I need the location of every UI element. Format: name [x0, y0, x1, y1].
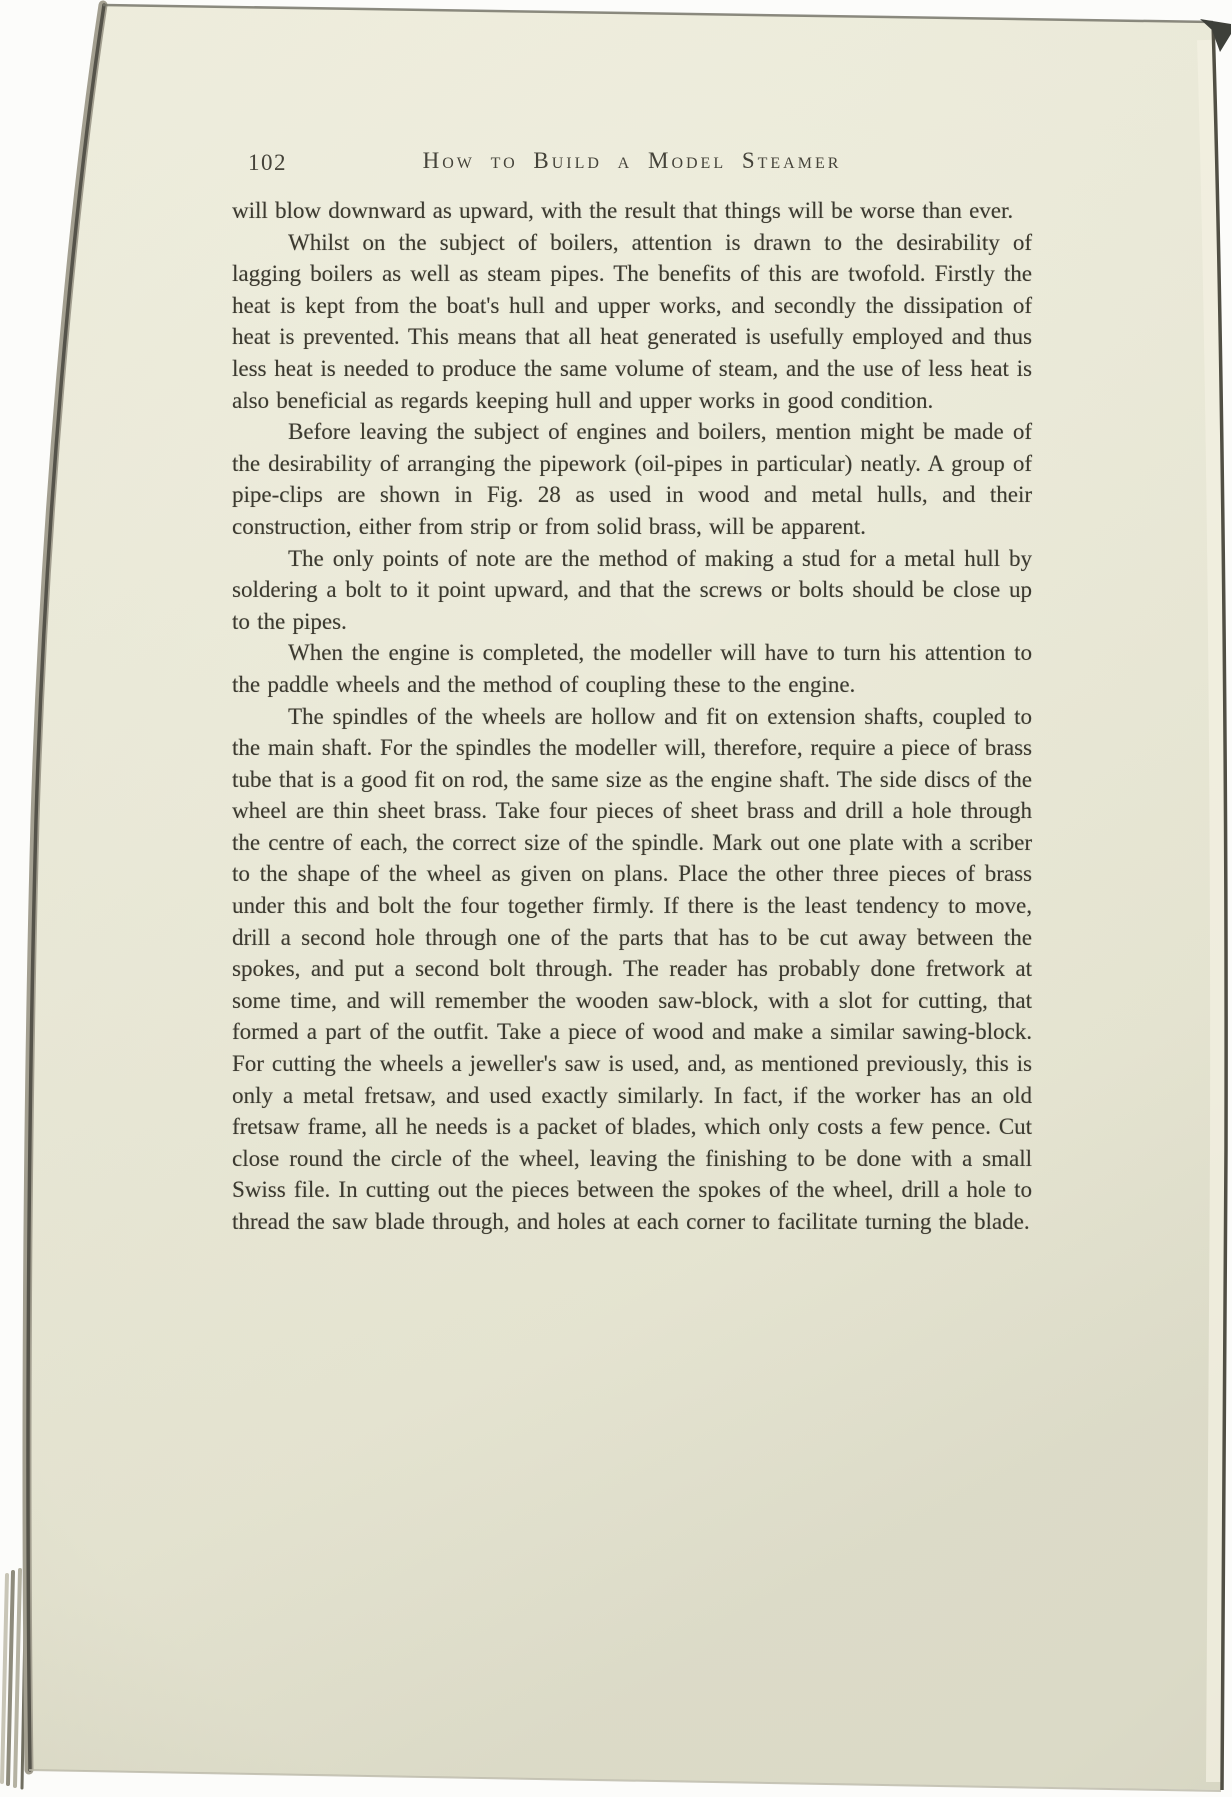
page-content: 102 How to Build a Model Steamer will bl… — [0, 0, 1232, 1797]
paragraph: When the engine is completed, the modell… — [232, 637, 1032, 700]
running-head: 102 How to Build a Model Steamer — [232, 148, 1032, 180]
paragraph-continuation: will blow downward as upward, with the r… — [232, 195, 1032, 227]
body-text: will blow downward as upward, with the r… — [232, 195, 1032, 1238]
paragraph: Before leaving the subject of engines an… — [232, 416, 1032, 542]
page-number: 102 — [248, 150, 287, 176]
scanned-book-page: 102 How to Build a Model Steamer will bl… — [0, 0, 1232, 1797]
paragraph: Whilst on the subject of boilers, attent… — [232, 227, 1032, 417]
paragraph: The only points of note are the method o… — [232, 543, 1032, 638]
paragraph: The spindles of the wheels are hollow an… — [232, 701, 1032, 1238]
running-title: How to Build a Model Steamer — [232, 148, 1032, 174]
